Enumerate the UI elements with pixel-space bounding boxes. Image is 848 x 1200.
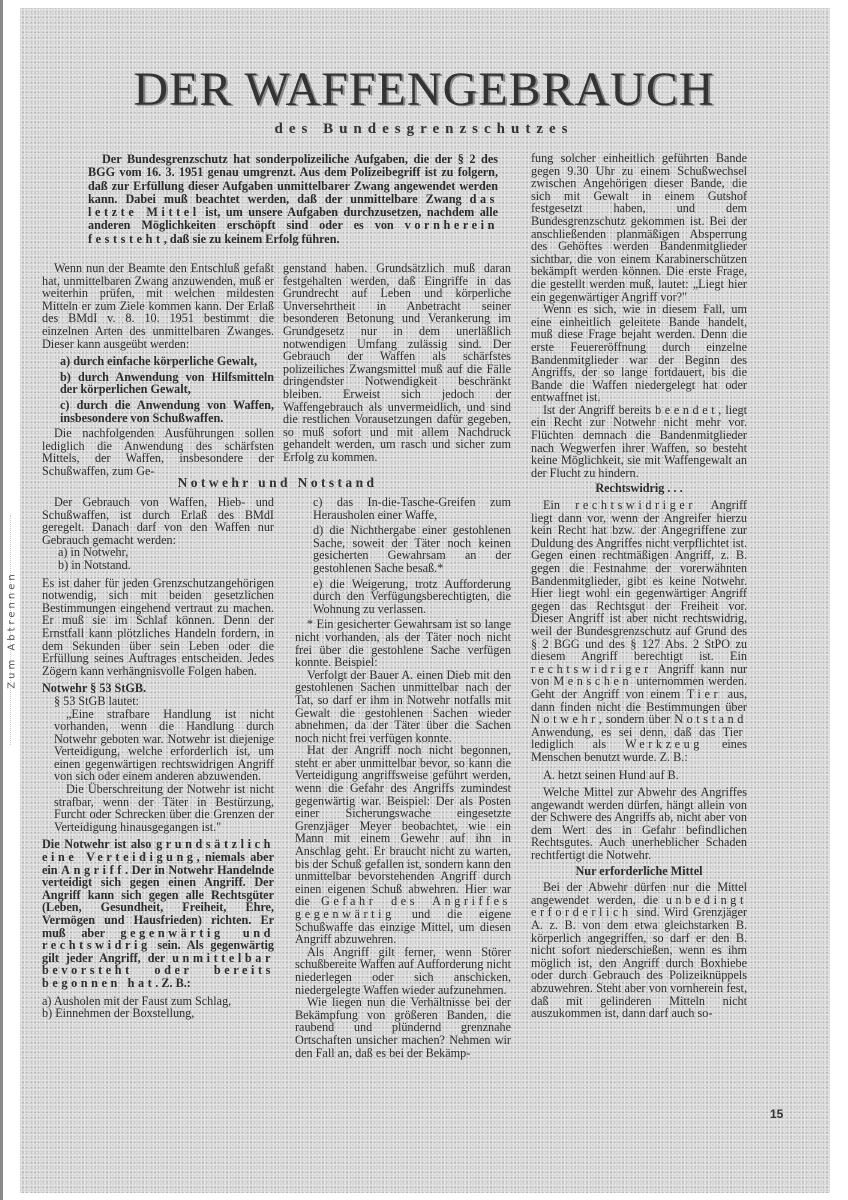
bold-paragraph: Die Notwehr ist also grundsätzlich eine … xyxy=(42,838,274,989)
paragraph: Wie liegen nun die Verhältnisse bei der … xyxy=(295,996,511,1059)
paragraph: Es ist daher für jeden Grenzschutzangehö… xyxy=(42,577,274,678)
column-2-top: genstand haben. Grundsätzlich muß daran … xyxy=(283,262,511,464)
text: Angriff liegt dann vor, wenn der Angreif… xyxy=(531,498,747,663)
paragraph: Welche Mittel zur Abwehr des Angriffes a… xyxy=(531,786,747,862)
paragraph: fung solcher einheitlich geführten Bande… xyxy=(531,152,747,303)
footnote: * Ein gesicherter Gewahrsam ist so lange… xyxy=(295,618,511,668)
paragraph: Ist der Angriff bereits beendet, liegt e… xyxy=(531,404,747,480)
side-note-text: Zum Abtrennen xyxy=(7,571,18,688)
example: A. hetzt seinen Hund auf B. xyxy=(531,769,747,782)
paragraph: Ein rechtswidriger Angriff liegt dann vo… xyxy=(531,499,747,763)
quote-paragraph: Die Überschreitung der Notwehr ist nicht… xyxy=(54,783,274,833)
column-1-top: Wenn nun der Beamte den Entschluß gefaßt… xyxy=(42,262,274,478)
list-item: b) Einnehmen der Boxstellung, xyxy=(42,1007,274,1020)
quote-paragraph: „Eine strafbare Handlung ist nicht vorha… xyxy=(54,708,274,784)
intro-text: Der Bundesgrenzschutz hat sonderpolizeil… xyxy=(88,152,498,206)
list-item: a) durch einfache körperliche Gewalt, xyxy=(42,355,274,368)
paragraph: Die nachfolgenden Ausführungen sollen le… xyxy=(42,427,274,477)
list-item: b) in Notstand. xyxy=(42,559,274,572)
subheading-rechtswidrig: Rechtswidrig . . . xyxy=(531,482,747,495)
paragraph: Verfolgt der Bauer A. einen Dieb mit den… xyxy=(295,669,511,745)
list-item: b) durch Anwendung von Hilfsmitteln der … xyxy=(42,371,274,396)
paragraph: Als Angriff gilt ferner, wenn Störer sch… xyxy=(295,946,511,996)
intro-text: , daß sie zu keinem Erfolg führen. xyxy=(164,232,340,246)
article-title: DER WAFFENGEBRAUCH xyxy=(0,62,848,117)
subheading-erforderliche-mittel: Nur erforderliche Mittel xyxy=(531,865,747,878)
paragraph: Hat der Angriff noch nicht begonnen, ste… xyxy=(295,744,511,946)
column-1-bottom: Der Gebrauch von Waffen, Hieb- und Schuß… xyxy=(42,496,274,1020)
list-item: c) das In-die-Tasche-Greifen zum Heraush… xyxy=(295,496,511,521)
side-cut-note: Zum Abtrennen xyxy=(2,515,22,745)
paragraph: Wenn es sich, wie in diesem Fall, um ein… xyxy=(531,303,747,404)
list-item: c) durch die Anwendung von Waffen, insbe… xyxy=(42,399,274,424)
section-heading: Notwehr und Notstand xyxy=(40,475,515,491)
paragraph: § 53 StGB lautet: xyxy=(42,695,274,708)
text: . Z. B.: xyxy=(155,976,191,990)
legal-quote: „Eine strafbare Handlung ist nicht vorha… xyxy=(42,708,274,834)
column-2-bottom: c) das In-die-Tasche-Greifen zum Heraush… xyxy=(295,496,511,1059)
page-number: 15 xyxy=(770,1107,783,1121)
paragraph: genstand haben. Grundsätzlich muß daran … xyxy=(283,262,511,464)
list-item: e) die Weigerung, trotz Aufforderung dur… xyxy=(295,578,511,616)
article-subtitle: des Bundesgrenzschutzes xyxy=(0,121,848,138)
paragraph: Wenn nun der Beamte den Entschluß gefaßt… xyxy=(42,262,274,350)
paragraph: Der Gebrauch von Waffen, Hieb- und Schuß… xyxy=(42,496,274,546)
list-item: d) die Nichthergabe einer gestohlenen Sa… xyxy=(295,524,511,574)
paragraph: Bei der Abwehr dürfen nur die Mittel ang… xyxy=(531,881,747,1020)
text: sind. Wird Grenzjäger A. z. B. von dem e… xyxy=(531,905,747,1020)
intro-paragraph: Der Bundesgrenzschutz hat sonderpolizeil… xyxy=(88,153,498,246)
text: Hat der Angriff noch nicht begonnen, ste… xyxy=(295,743,511,908)
column-3: fung solcher einheitlich geführten Bande… xyxy=(531,152,747,1020)
